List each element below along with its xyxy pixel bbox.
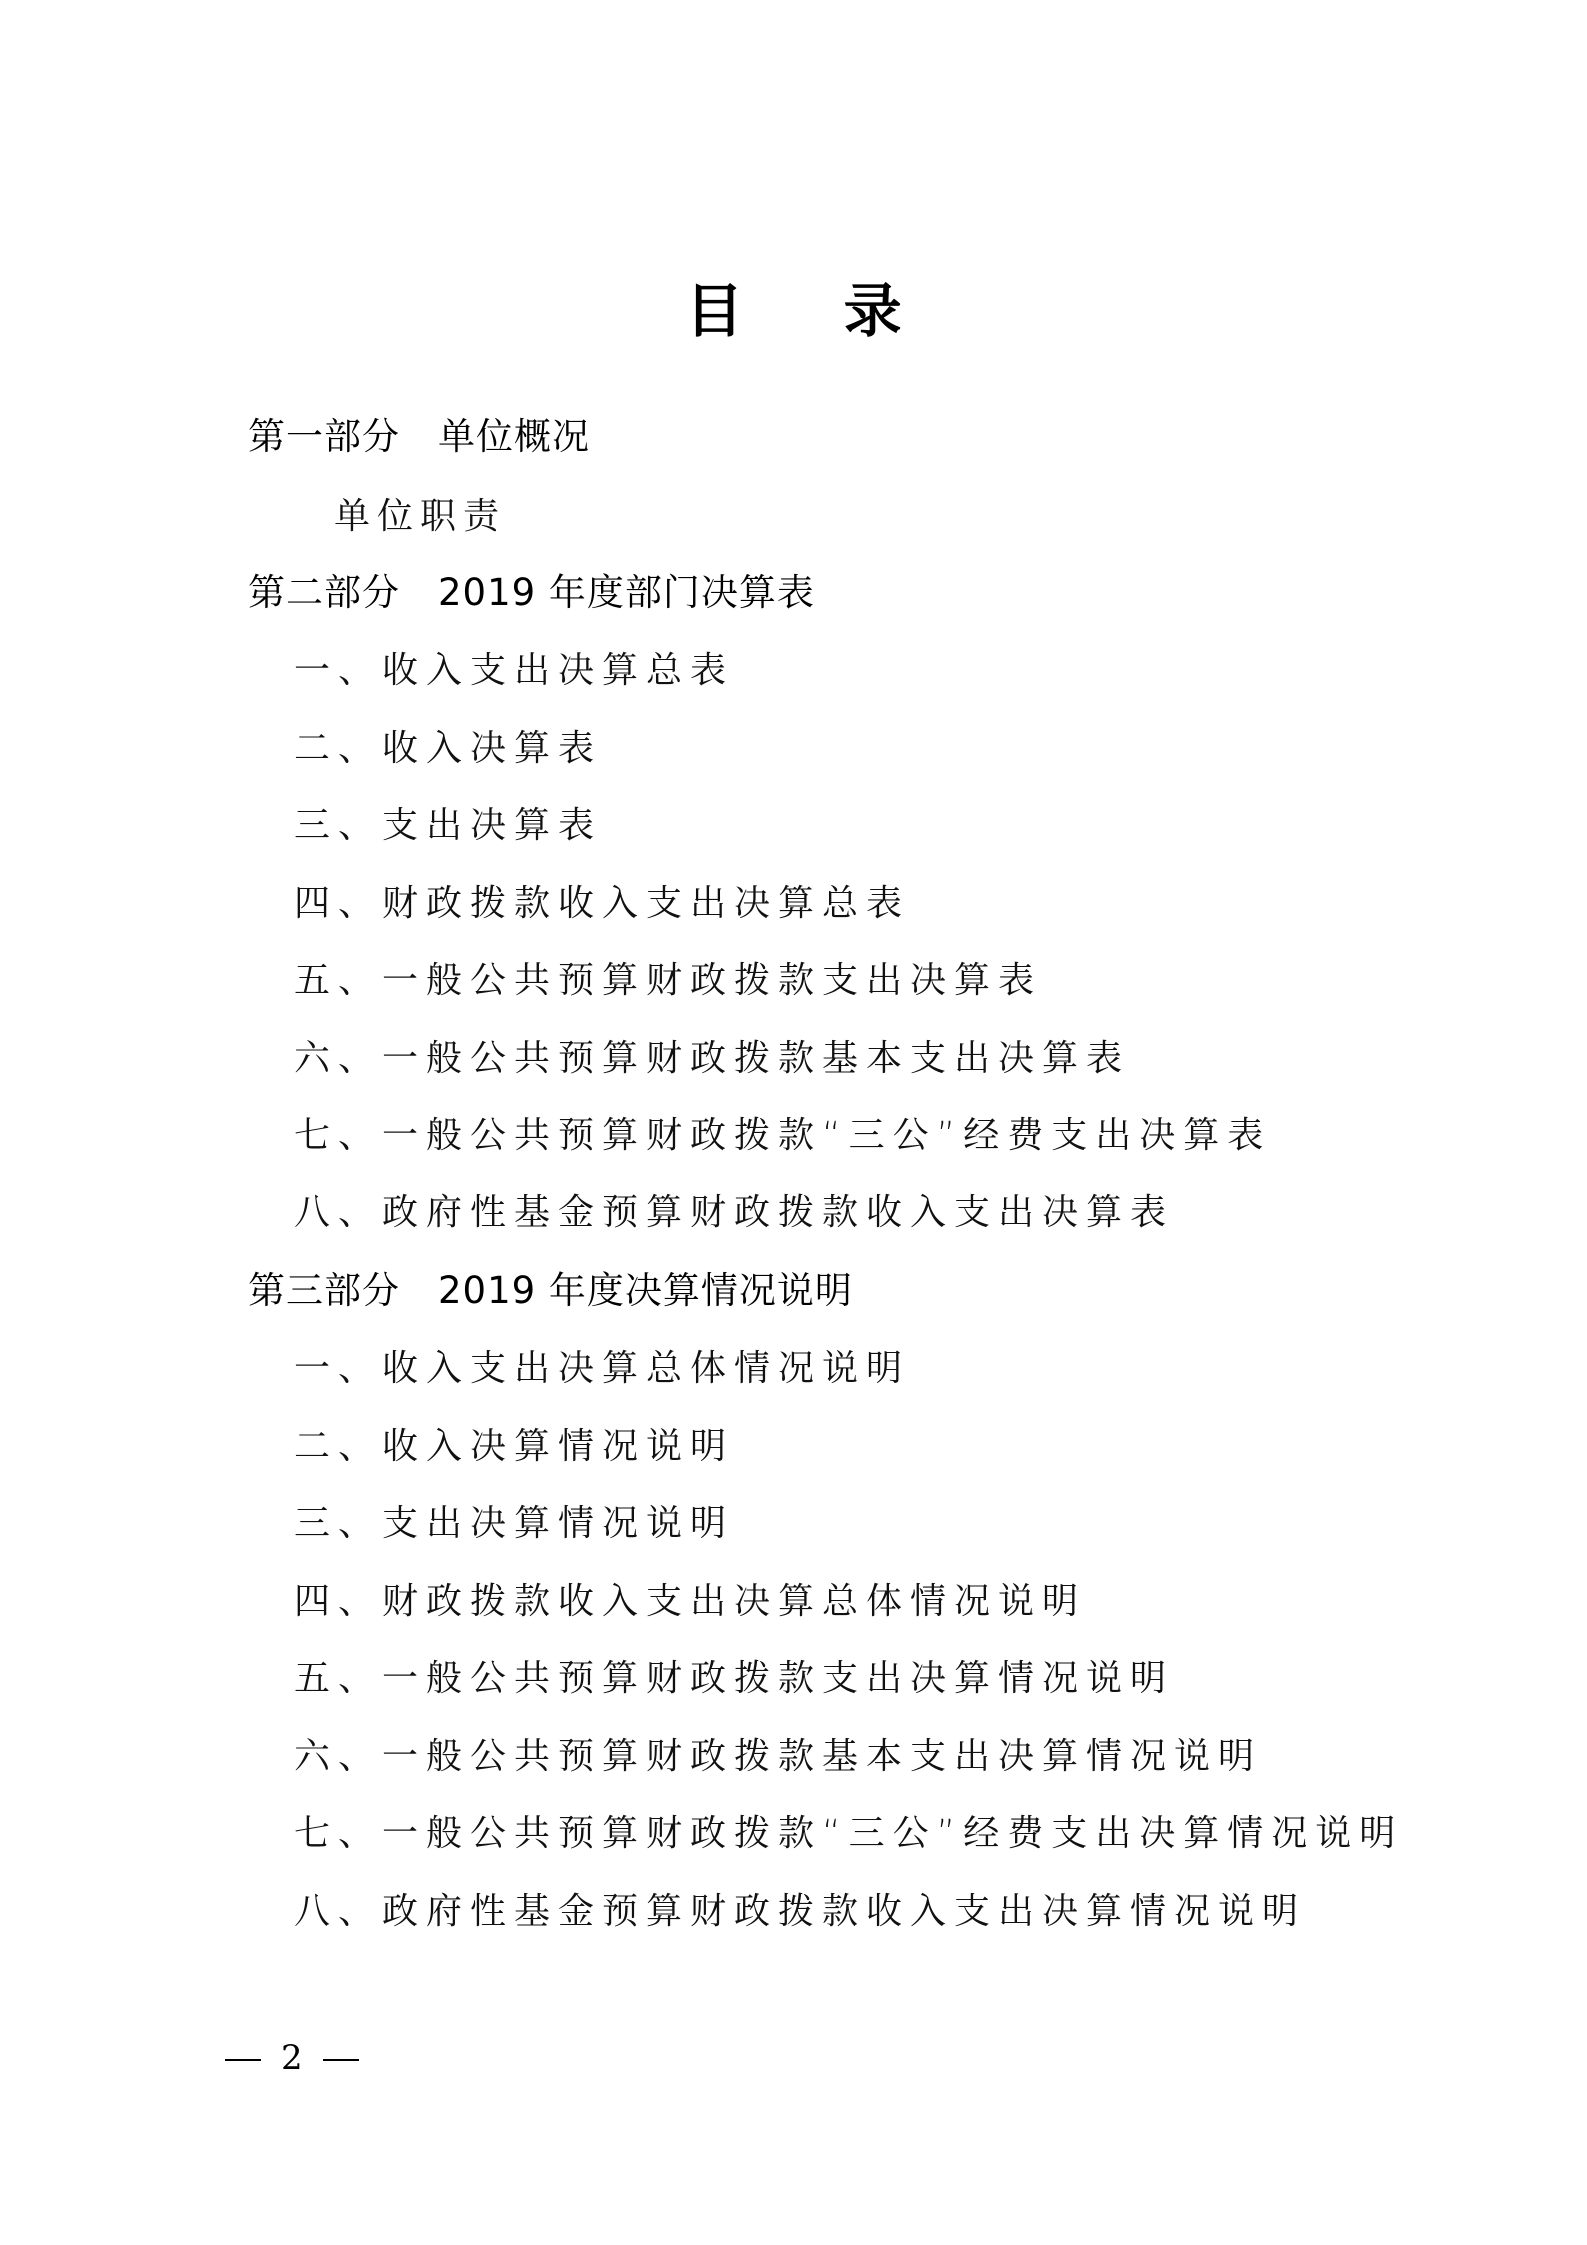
part-heading: 2019 年度部门决算表 (438, 571, 815, 614)
part-heading: 2019 年度决算情况说明 (438, 1269, 853, 1312)
page-title: 目 录 (0, 276, 1587, 346)
toc-part-3[interactable]: 第三部分2019 年度决算情况说明 (248, 1266, 853, 1316)
toc-item[interactable]: 八、政府性基金预算财政拨款收入支出决算情况说明 (294, 1887, 1306, 1937)
part-label: 第三部分 (248, 1266, 400, 1316)
toc-item[interactable]: 八、政府性基金预算财政拨款收入支出决算表 (294, 1188, 1174, 1238)
dash-right (323, 2059, 359, 2061)
toc-item[interactable]: 三、支出决算表 (294, 801, 602, 851)
toc-item[interactable]: 六、一般公共预算财政拨款基本支出决算情况说明 (294, 1732, 1262, 1782)
toc-item[interactable]: 七、一般公共预算财政拨款“三公”经费支出决算情况说明 (294, 1809, 1403, 1859)
toc-item[interactable]: 五、一般公共预算财政拨款支出决算表 (294, 956, 1042, 1006)
part-label: 第二部分 (248, 568, 400, 618)
toc-item[interactable]: 二、收入决算表 (294, 724, 602, 774)
toc-item[interactable]: 三、支出决算情况说明 (294, 1499, 734, 1549)
toc-part-1[interactable]: 第一部分单位概况 (248, 412, 590, 462)
toc-part-2[interactable]: 第二部分2019 年度部门决算表 (248, 568, 815, 618)
toc-item[interactable]: 五、一般公共预算财政拨款支出决算情况说明 (294, 1654, 1174, 1704)
dash-left (225, 2059, 261, 2061)
toc-item[interactable]: 六、一般公共预算财政拨款基本支出决算表 (294, 1034, 1130, 1084)
toc-item[interactable]: 一、收入支出决算总体情况说明 (294, 1344, 910, 1394)
toc-item[interactable]: 单位职责 (334, 492, 506, 542)
page-footer: 2 (205, 2036, 379, 2080)
part-heading: 单位概况 (438, 415, 590, 458)
part-label: 第一部分 (248, 412, 400, 462)
toc-item[interactable]: 四、财政拨款收入支出决算总体情况说明 (294, 1577, 1086, 1627)
toc-item[interactable]: 四、财政拨款收入支出决算总表 (294, 879, 910, 929)
page-number: 2 (281, 2038, 303, 2078)
toc-item[interactable]: 一、收入支出决算总表 (294, 646, 734, 696)
toc-item[interactable]: 七、一般公共预算财政拨款“三公”经费支出决算表 (294, 1111, 1271, 1161)
toc-item[interactable]: 二、收入决算情况说明 (294, 1422, 734, 1472)
